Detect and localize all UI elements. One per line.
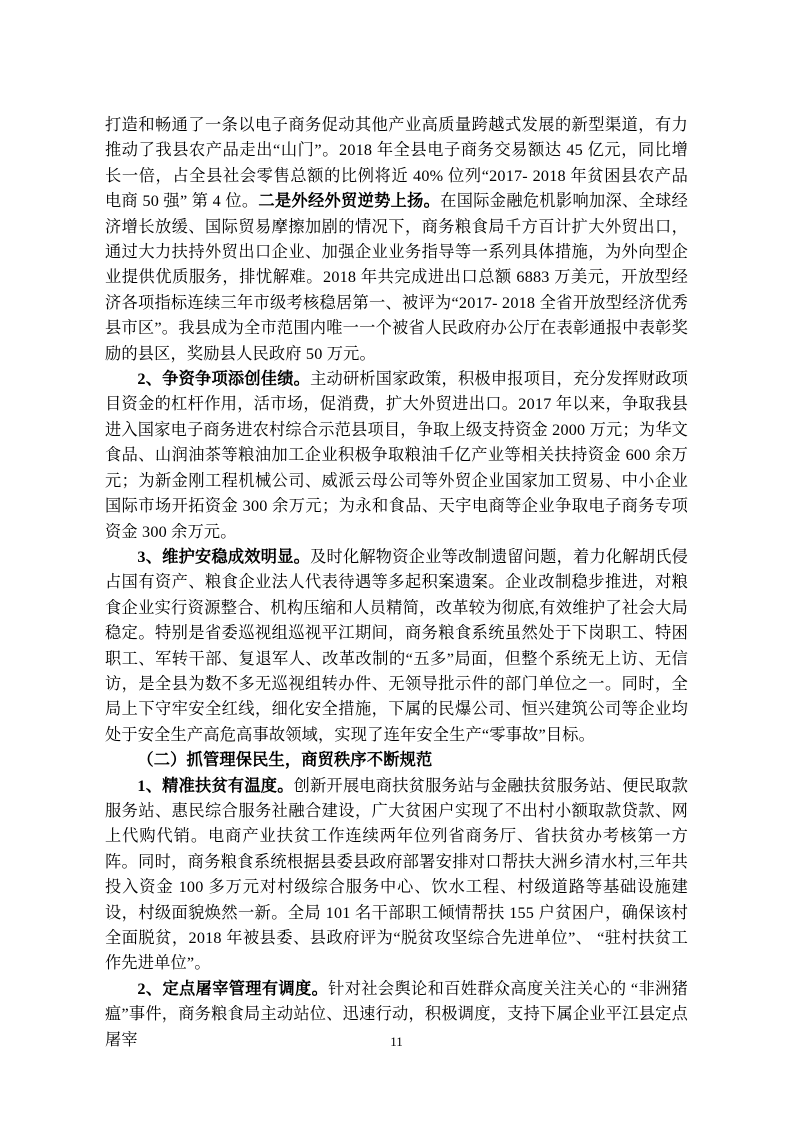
para-stability-maintenance: 3、维护安稳成效明显。及时化解物资企业等改制遗留问题，着力化解胡氏侵占国有资产、… bbox=[105, 545, 688, 748]
bold-text-run: 2、争资争项添创佳绩。 bbox=[137, 370, 310, 388]
page-number: 11 bbox=[0, 1033, 793, 1051]
bold-text-run: （二）抓管理保民生，商贸秩序不断规范 bbox=[137, 751, 432, 769]
text-run: 在国际金融危机影响加深、全球经济增长放缓、国际贸易摩擦加剧的情况下，商务粮食局千… bbox=[105, 192, 688, 362]
para-ecommerce-and-foreign-trade: 打造和畅通了一条以电子商务促动其他产业高质量跨越式发展的新型渠道，有力推动了我县… bbox=[105, 113, 688, 367]
bold-text-run: 二是外经外贸逆势上扬。 bbox=[258, 192, 440, 210]
document-body: 打造和畅通了一条以电子商务促动其他产业高质量跨越式发展的新型渠道，有力推动了我县… bbox=[105, 113, 688, 1053]
text-run: 及时化解物资企业等改制遗留问题，着力化解胡氏侵占国有资产、粮食企业法人代表待遇等… bbox=[105, 548, 688, 744]
bold-text-run: 3、维护安稳成效明显。 bbox=[137, 548, 310, 566]
paragraphs-container: 打造和畅通了一条以电子商务促动其他产业高质量跨越式发展的新型渠道，有力推动了我县… bbox=[105, 113, 688, 1053]
para-funding-achievements: 2、争资争项添创佳绩。主动研析国家政策，积极申报项目，充分发挥财政项目资金的杠杆… bbox=[105, 367, 688, 545]
text-run: 创新开展电商扶贫服务站与金融扶贫服务站、便民取款服务站、惠民综合服务社融合建设，… bbox=[105, 777, 688, 973]
bold-text-run: 2、定点屠宰管理有调度。 bbox=[137, 980, 328, 998]
bold-text-run: 1、精准扶贫有温度。 bbox=[137, 777, 293, 795]
heading-section-two: （二）抓管理保民生，商贸秩序不断规范 bbox=[105, 748, 688, 773]
para-poverty-alleviation: 1、精准扶贫有温度。创新开展电商扶贫服务站与金融扶贫服务站、便民取款服务站、惠民… bbox=[105, 774, 688, 977]
text-run: 主动研析国家政策，积极申报项目，充分发挥财政项目资金的杠杆作用，活市场，促消费，… bbox=[105, 370, 688, 540]
document-page: 打造和畅通了一条以电子商务促动其他产业高质量跨越式发展的新型渠道，有力推动了我县… bbox=[0, 0, 793, 1122]
